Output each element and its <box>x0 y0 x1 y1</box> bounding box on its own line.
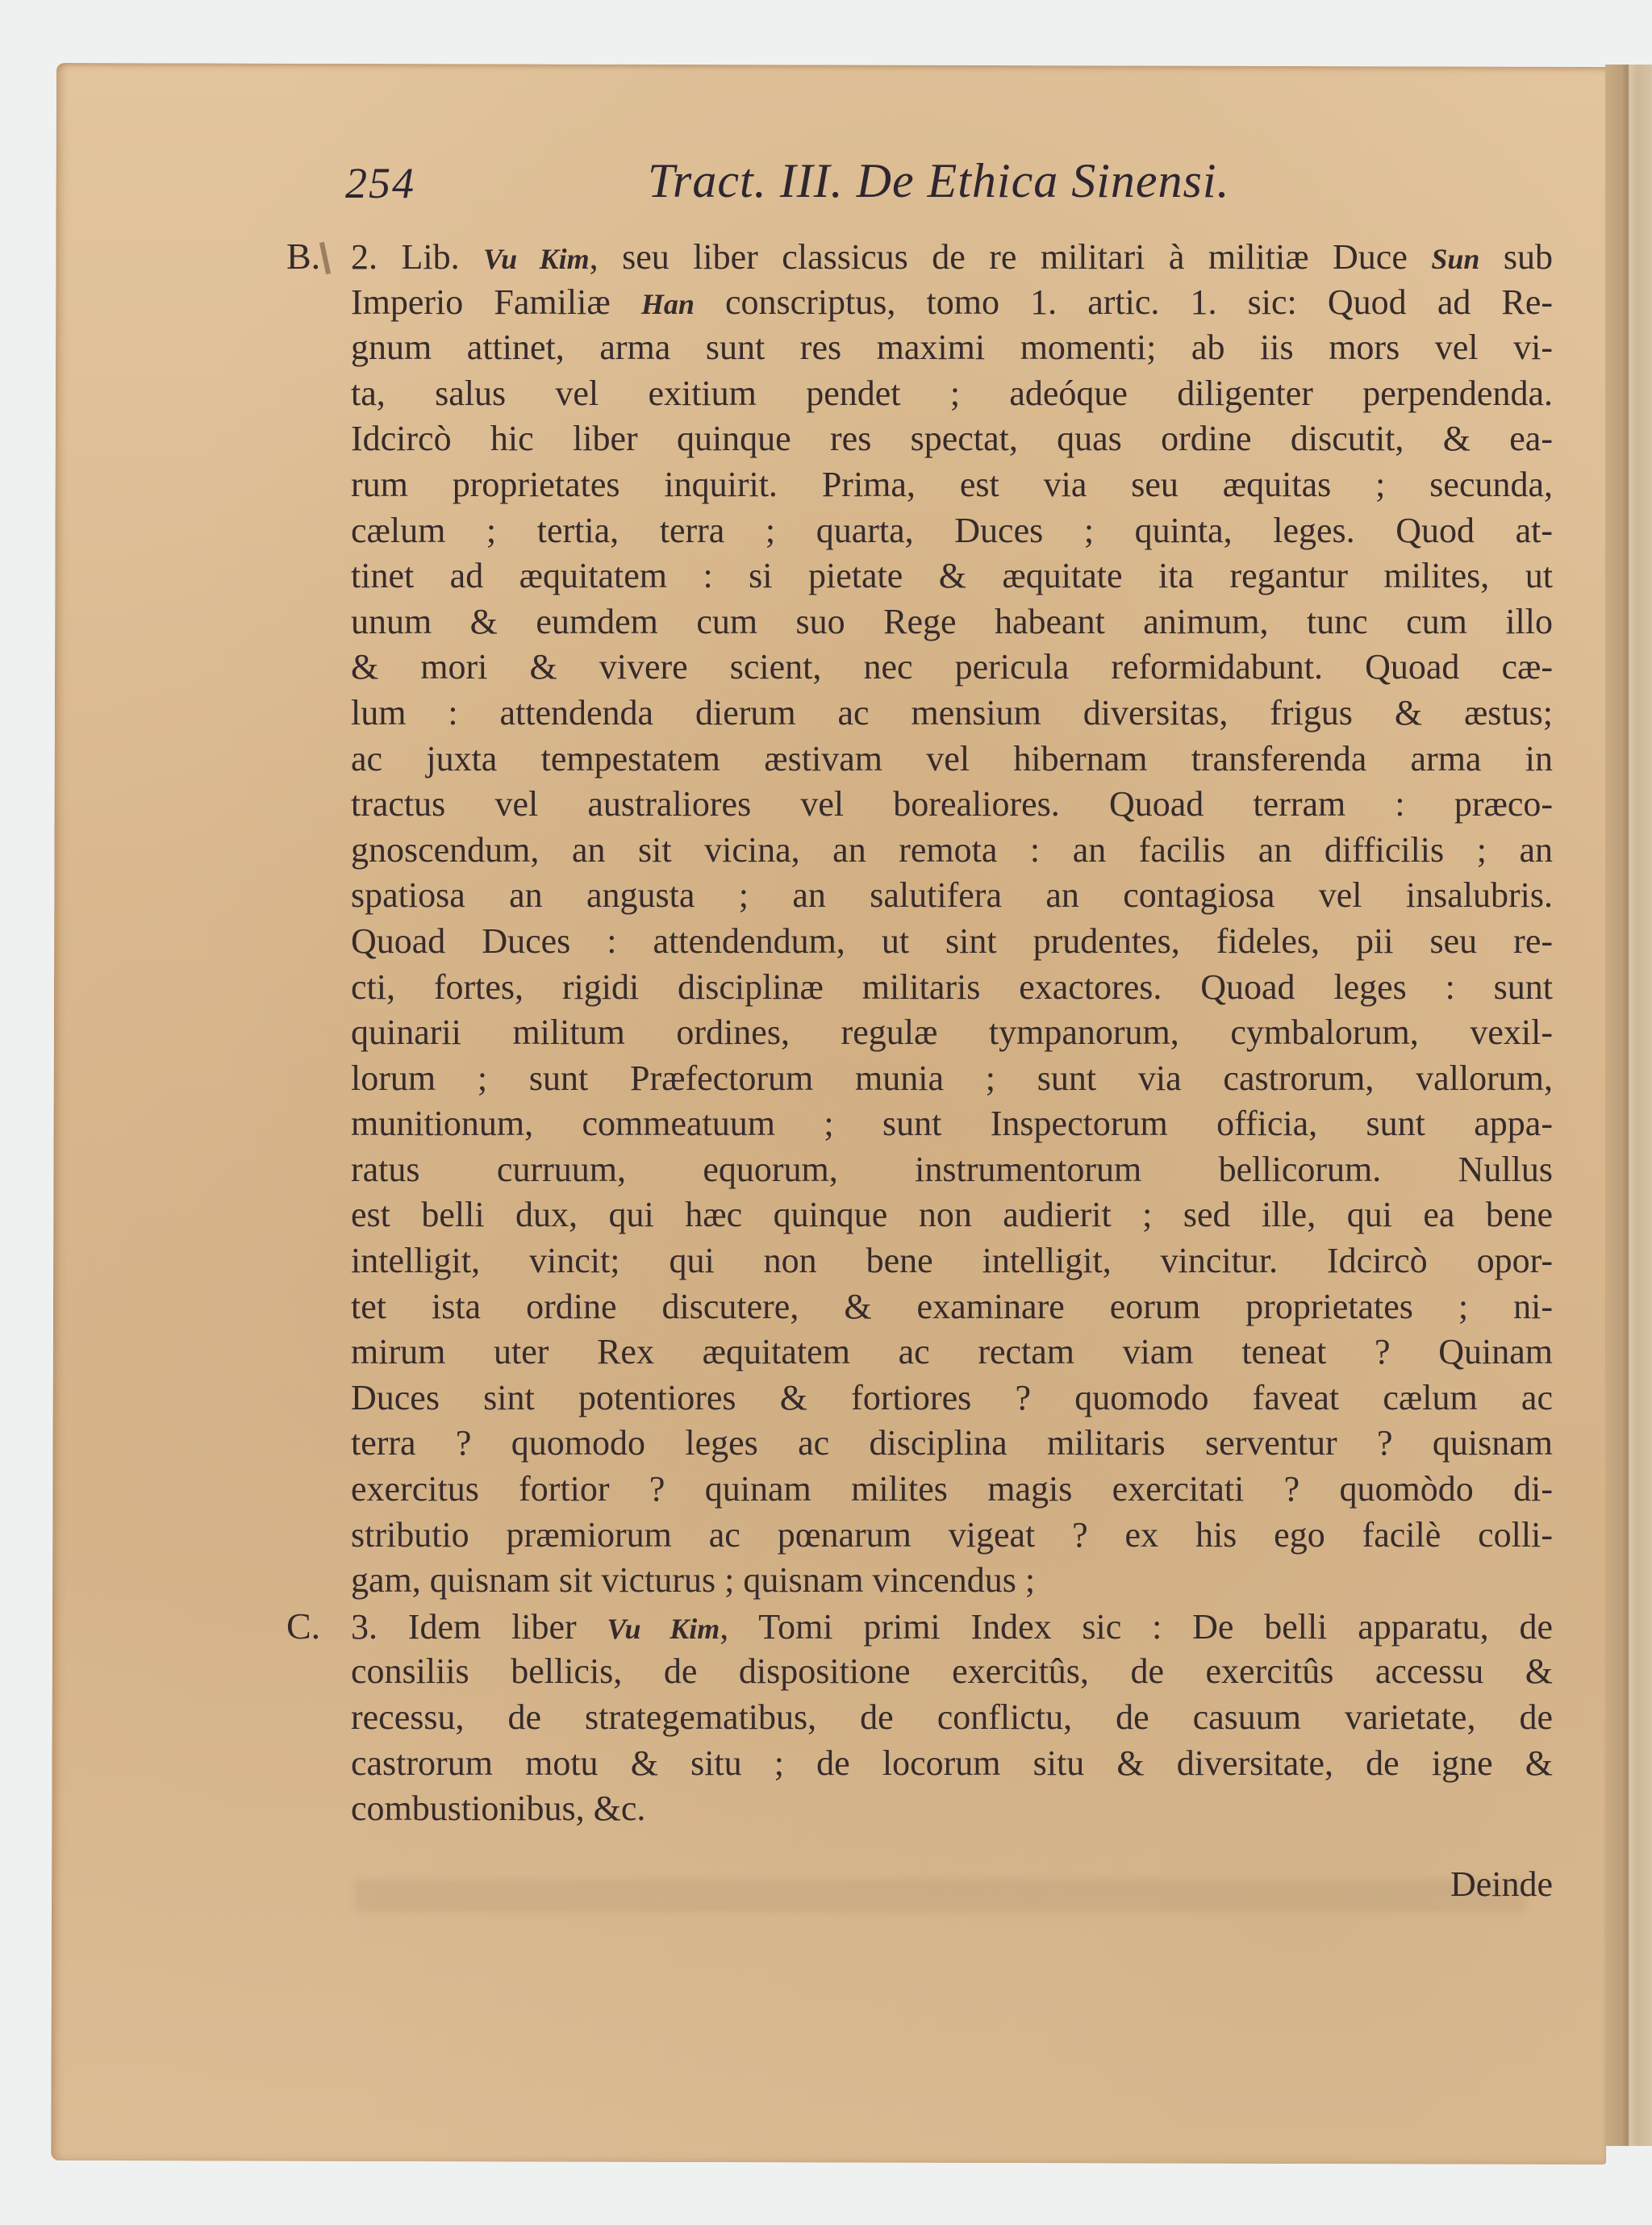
italic-name: Sun <box>1431 243 1479 275</box>
text-line: B.2. Lib. Vu Kim, seu liber classicus de… <box>286 234 1553 280</box>
catchword: Deinde <box>1371 1864 1553 1905</box>
text-line: terra ? quomodo leges ac disciplina mili… <box>351 1421 1553 1467</box>
book-gutter <box>1605 65 1652 2146</box>
line-text: 3. Idem liber <box>351 1607 607 1647</box>
line-text: 2. Lib. <box>351 237 483 277</box>
text-line: Quoad Duces : attendendum, ut sint prude… <box>351 919 1553 965</box>
italic-name: Han <box>641 288 695 320</box>
line-text: stributio præmiorum ac pœnarum vigeat ? … <box>351 1515 1553 1555</box>
text-line: lorum ; sunt Præfectorum munia ; sunt vi… <box>351 1056 1553 1102</box>
text-line: tet ista ordine discutere, & examinare e… <box>351 1284 1553 1330</box>
line-text: lorum ; sunt Præfectorum munia ; sunt vi… <box>351 1058 1553 1098</box>
text-line: & mori & vivere scient, nec pericula ref… <box>351 645 1553 691</box>
text-line: gnoscendum, an sit vicina, an remota : a… <box>351 828 1553 874</box>
line-text: gam, quisnam sit victurus ; quisnam vinc… <box>351 1560 1035 1600</box>
text-line: tractus vel australiores vel borealiores… <box>351 782 1553 828</box>
line-text: exercitus fortior ? quinam milites magis… <box>351 1469 1553 1509</box>
line-text: unum & eumdem cum suo Rege habeant animu… <box>351 602 1553 641</box>
show-through-text <box>355 1880 1525 1912</box>
line-text: & mori & vivere scient, nec pericula ref… <box>351 647 1553 687</box>
text-line: castrorum motu & situ ; de locorum situ … <box>351 1741 1553 1787</box>
line-text: gnoscendum, an sit vicina, an remota : a… <box>351 830 1553 870</box>
text-line: C.3. Idem liber Vu Kim, Tomi primi Index… <box>286 1604 1553 1650</box>
text-line: intelligit, vincit; qui non bene intelli… <box>351 1238 1553 1284</box>
text-line: recessu, de strategematibus, de conflict… <box>351 1695 1553 1741</box>
line-text: conscriptus, tomo 1. artic. 1. sic: Quod… <box>695 282 1553 322</box>
line-text: ratus curruum, equorum, instrumentorum b… <box>351 1150 1553 1189</box>
line-text: recessu, de strategematibus, de conflict… <box>351 1697 1553 1737</box>
text-line: Imperio Familiæ Han conscriptus, tomo 1.… <box>351 280 1553 326</box>
text-line: tinet ad æquitatem : si pietate & æquita… <box>351 553 1553 599</box>
text-line: cælum ; tertia, terra ; quarta, Duces ; … <box>351 508 1553 554</box>
line-text: lum : attendenda dierum ac mensium diver… <box>351 693 1553 733</box>
text-line: lum : attendenda dierum ac mensium diver… <box>351 691 1553 737</box>
text-line: Duces sint potentiores & fortiores ? quo… <box>351 1375 1553 1421</box>
line-text: , Tomi primi Index sic : De belli appara… <box>720 1607 1553 1647</box>
line-text: munitionum, commeatuum ; sunt Inspectoru… <box>351 1104 1553 1143</box>
line-text: rum proprietates inquirit. Prima, est vi… <box>351 465 1553 504</box>
body-text: B.2. Lib. Vu Kim, seu liber classicus de… <box>351 234 1553 1832</box>
text-line: ac juxta tempestatem æstivam vel hiberna… <box>351 737 1553 783</box>
line-text: terra ? quomodo leges ac disciplina mili… <box>351 1423 1553 1463</box>
line-text: mirum uter Rex æquitatem ac rectam viam … <box>351 1332 1553 1371</box>
line-text: tinet ad æquitatem : si pietate & æquita… <box>351 556 1553 595</box>
line-text: , seu liber classicus de re militari à m… <box>590 237 1432 277</box>
line-text: consiliis bellicis, de dispositione exer… <box>351 1651 1553 1691</box>
running-head-title: Tract. III. De Ethica Sinensi. <box>648 153 1230 209</box>
line-text: Duces sint potentiores & fortiores ? quo… <box>351 1378 1553 1417</box>
text-line: exercitus fortior ? quinam milites magis… <box>351 1467 1553 1513</box>
page-number: 254 <box>345 158 415 208</box>
line-text: cti, fortes, rigidi disciplinæ militaris… <box>351 967 1553 1007</box>
line-text: Imperio Familiæ <box>351 282 641 322</box>
paragraph-marker: C. <box>286 1604 351 1650</box>
line-text: ac juxta tempestatem æstivam vel hiberna… <box>351 739 1553 779</box>
line-text: sub <box>1479 237 1553 277</box>
text-line: mirum uter Rex æquitatem ac rectam viam … <box>351 1330 1553 1375</box>
text-line: stributio præmiorum ac pœnarum vigeat ? … <box>351 1513 1553 1559</box>
line-text: est belli dux, qui hæc quinque non audie… <box>351 1195 1553 1234</box>
line-text: quinarii militum ordines, regulæ tympano… <box>351 1012 1553 1052</box>
line-text: Idcircò hic liber quinque res spectat, q… <box>351 419 1553 458</box>
line-text: cælum ; tertia, terra ; quarta, Duces ; … <box>351 511 1553 550</box>
line-text: gnum attinet, arma sunt res maximi momen… <box>351 328 1553 367</box>
italic-name: Vu Kim <box>607 1613 720 1645</box>
line-text: tet ista ordine discutere, & examinare e… <box>351 1287 1553 1326</box>
text-line: cti, fortes, rigidi disciplinæ militaris… <box>351 965 1553 1011</box>
text-line: munitionum, commeatuum ; sunt Inspectoru… <box>351 1101 1553 1147</box>
text-line: unum & eumdem cum suo Rege habeant animu… <box>351 599 1553 645</box>
text-line: gnum attinet, arma sunt res maximi momen… <box>351 325 1553 371</box>
text-line: consiliis bellicis, de dispositione exer… <box>351 1649 1553 1695</box>
text-line: quinarii militum ordines, regulæ tympano… <box>351 1010 1553 1056</box>
line-text: intelligit, vincit; qui non bene intelli… <box>351 1241 1553 1280</box>
text-line: ta, salus vel exitium pendet ; adeóque d… <box>351 371 1553 417</box>
line-text: castrorum motu & situ ; de locorum situ … <box>351 1743 1553 1783</box>
text-line: gam, quisnam sit victurus ; quisnam vinc… <box>351 1558 1553 1604</box>
paragraph-marker: B. <box>286 234 351 280</box>
line-text: tractus vel australiores vel borealiores… <box>351 784 1553 824</box>
text-line: ratus curruum, equorum, instrumentorum b… <box>351 1147 1553 1193</box>
italic-name: Vu Kim <box>483 243 590 275</box>
line-text: ta, salus vel exitium pendet ; adeóque d… <box>351 374 1553 413</box>
text-line: rum proprietates inquirit. Prima, est vi… <box>351 462 1553 508</box>
running-head: 254 Tract. III. De Ethica Sinensi. <box>345 153 1555 218</box>
text-line: combustionibus, &c. <box>351 1786 1553 1832</box>
line-text: Quoad Duces : attendendum, ut sint prude… <box>351 921 1553 961</box>
text-line: spatiosa an angusta ; an salutifera an c… <box>351 873 1553 919</box>
line-text: combustionibus, &c. <box>351 1789 645 1828</box>
line-text: spatiosa an angusta ; an salutifera an c… <box>351 875 1553 915</box>
text-line: est belli dux, qui hæc quinque non audie… <box>351 1192 1553 1238</box>
text-line: Idcircò hic liber quinque res spectat, q… <box>351 416 1553 462</box>
